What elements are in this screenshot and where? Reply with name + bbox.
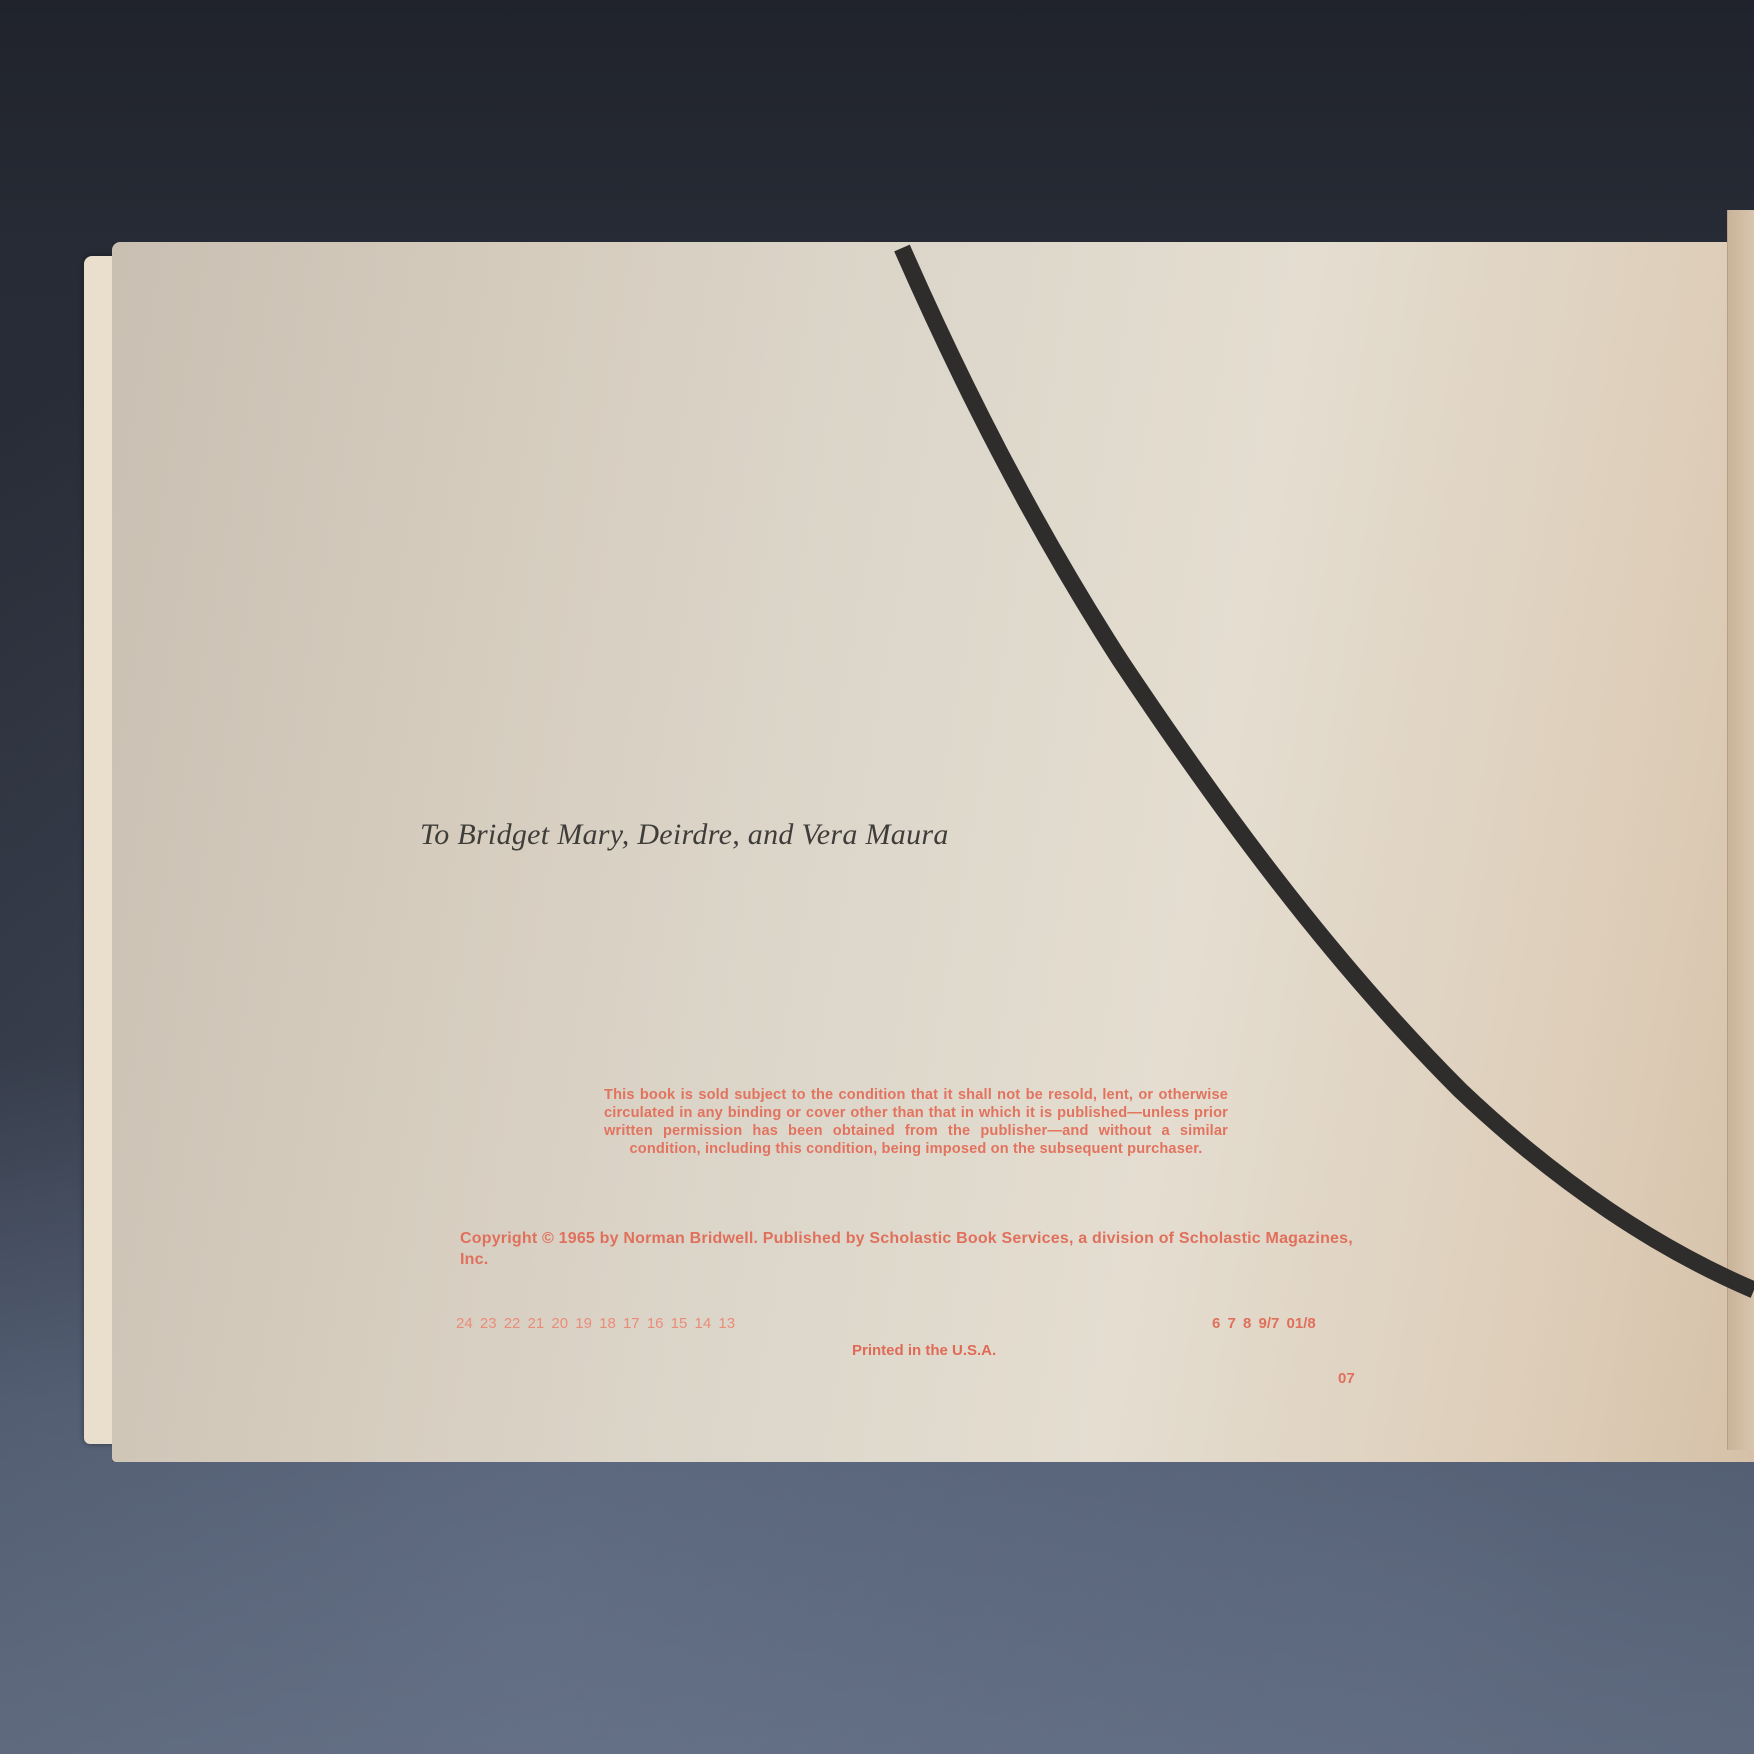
page-code: 07	[1338, 1370, 1355, 1387]
print-run-numbers: 24 23 22 21 20 19 18 17 16 15 14 13	[456, 1315, 735, 1332]
resale-notice: This book is sold subject to the conditi…	[604, 1086, 1228, 1158]
copyright-notice: Copyright © 1965 by Norman Bridwell. Pub…	[460, 1228, 1360, 1270]
dedication-text: To Bridget Mary, Deirdre, and Vera Maura	[420, 818, 949, 852]
printed-in-label: Printed in the U.S.A.	[852, 1342, 996, 1359]
printing-codes: 6 7 8 9/7 01/8	[1212, 1315, 1316, 1332]
curved-line-illustration	[0, 0, 1754, 1754]
